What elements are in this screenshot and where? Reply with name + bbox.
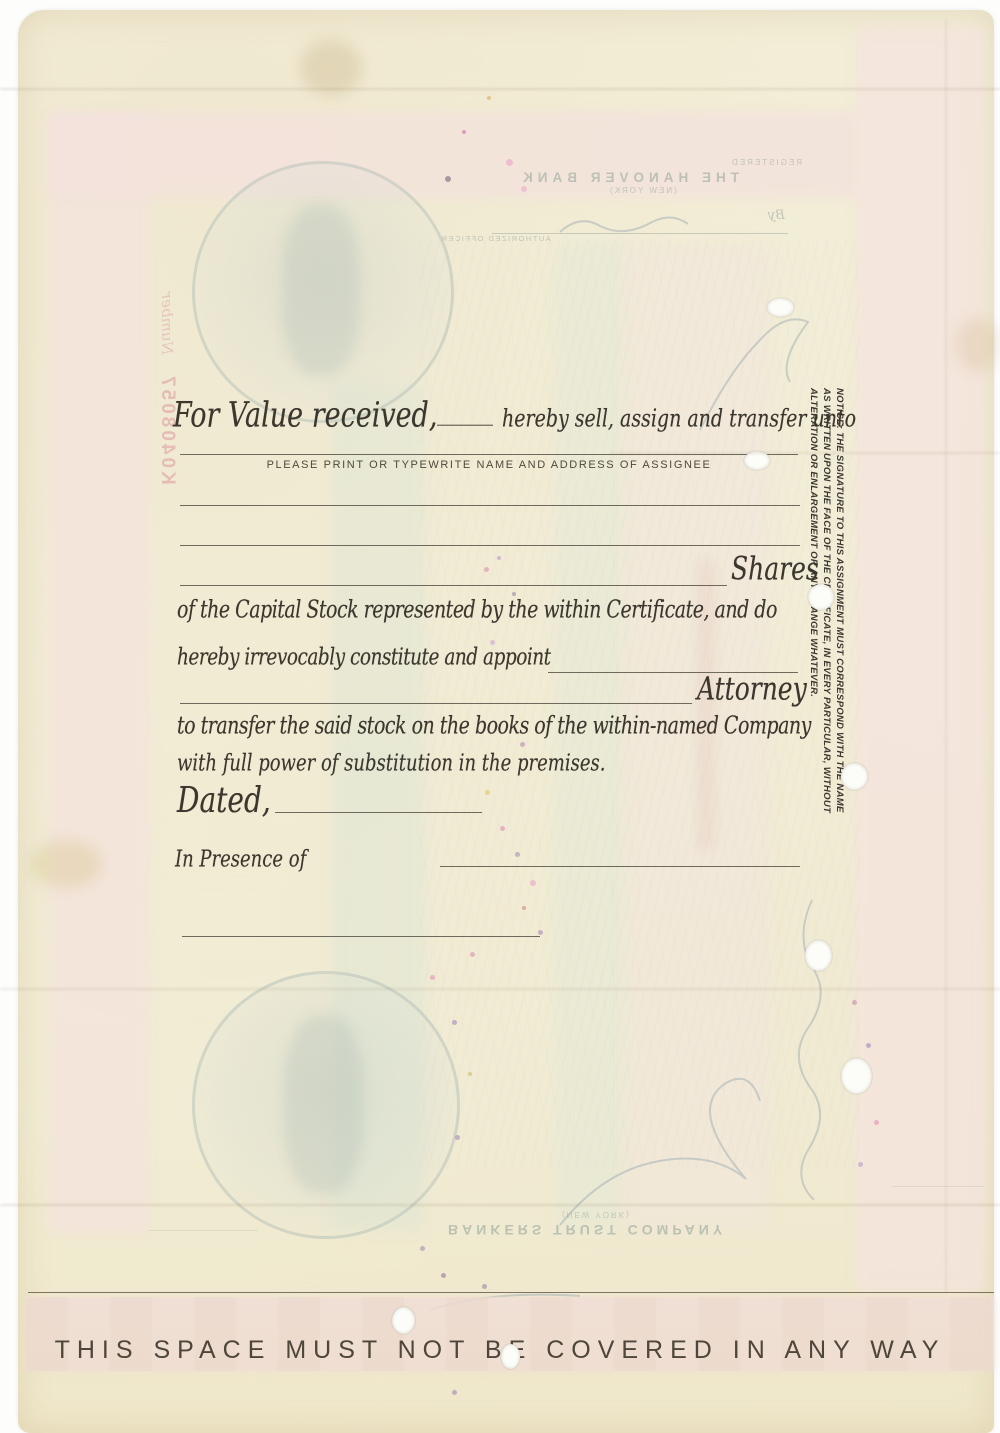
- confetti-speck: [482, 1284, 487, 1289]
- confetti-speck: [452, 1390, 457, 1395]
- authorized-officer-label: AUTHORIZED OFFICER: [440, 234, 551, 243]
- punch-hole: [392, 1307, 415, 1334]
- appoint-line: hereby irrevocably constitute and appoin…: [177, 644, 551, 671]
- punch-hole: [805, 940, 832, 971]
- confetti-speck: [522, 906, 526, 910]
- stain: [956, 318, 1000, 372]
- bottom-smudge-line: [148, 1230, 258, 1231]
- confetti-speck: [866, 1043, 871, 1048]
- opening-lead: For Value received,: [173, 396, 437, 436]
- bottom-bank-location: (NEW YORK): [562, 1210, 631, 1219]
- attorney-label: Attorney: [697, 670, 807, 707]
- confetti-speck: [441, 1273, 446, 1278]
- top-bank-location: (NEW YORK): [608, 186, 677, 195]
- assignee-caption: PLEASE PRINT OR TYPEWRITE NAME AND ADDRE…: [180, 459, 798, 471]
- confetti-speck: [470, 952, 475, 957]
- confetti-speck: [520, 742, 525, 747]
- confetti-speck: [487, 96, 491, 100]
- punch-hole: [841, 1058, 872, 1094]
- assignee-line-1: [180, 454, 798, 455]
- confetti-speck: [455, 1135, 460, 1140]
- notice-line-2: AS WRITTEN UPON THE FACE OF THE CERTIFIC…: [820, 388, 833, 836]
- assignor-blank: [437, 384, 493, 427]
- punch-hole: [841, 763, 868, 790]
- top-bank-name: THE HANOVER BANK: [518, 170, 739, 185]
- confetti-speck: [430, 975, 435, 980]
- confetti-speck: [452, 1020, 457, 1025]
- crease-line: [610, 452, 1000, 454]
- footer-rule: [28, 1292, 994, 1293]
- confetti-speck: [497, 556, 501, 560]
- transfer-line: to transfer the said stock on the books …: [177, 712, 811, 740]
- crease-line: [0, 1204, 1000, 1206]
- registered-stamp: REGISTERED: [730, 158, 802, 167]
- assignee-line-2: [180, 505, 800, 506]
- notice-line-3: ALTERATION OR ENLARGEMENT OR ANY CHANGE …: [807, 388, 820, 836]
- witness-signature-line: [440, 866, 800, 867]
- border-showthrough-right: [856, 26, 986, 1292]
- confetti-speck: [420, 1246, 425, 1251]
- medallion-figure: [284, 1015, 364, 1193]
- by-label: By: [768, 208, 785, 223]
- medallion-figure: [282, 205, 360, 375]
- presence-label: In Presence of: [175, 846, 306, 873]
- confetti-speck: [462, 130, 466, 134]
- dated-line: [275, 812, 482, 813]
- substitution-line: with full power of substitution in the p…: [177, 750, 605, 777]
- punch-hole: [501, 1344, 520, 1369]
- crease-line: [0, 988, 1000, 990]
- footer-warning: THIS SPACE MUST NOT BE COVERED IN ANY WA…: [0, 1336, 1000, 1365]
- crease-line: [945, 20, 947, 1292]
- attorney-line: [180, 703, 692, 704]
- signature-notice: NOTICE: THE SIGNATURE TO THIS ASSIGNMENT…: [806, 388, 846, 836]
- opening-line: For Value received, hereby sell, assign …: [173, 384, 856, 436]
- opening-rest: hereby sell, assign and transfer unto: [502, 405, 856, 433]
- confetti-speck: [515, 852, 520, 857]
- bottom-smudge-line: [892, 1186, 984, 1187]
- confetti-speck: [485, 790, 490, 795]
- confetti-speck: [852, 1000, 857, 1005]
- confetti-speck: [538, 930, 543, 935]
- confetti-speck: [506, 159, 513, 166]
- punch-hole: [767, 298, 794, 317]
- confetti-speck: [521, 186, 527, 192]
- number-label: Number: [158, 292, 176, 355]
- confetti-speck: [490, 640, 495, 645]
- confetti-speck: [484, 567, 489, 572]
- bottom-bank-name: BANKERS TRUST COMPANY: [448, 1222, 726, 1238]
- capital-stock-line: of the Capital Stock represented by the …: [177, 596, 777, 624]
- scanned-certificate-back: REGISTERED THE HANOVER BANK (NEW YORK) B…: [0, 0, 1000, 1433]
- crease-line: [0, 88, 1000, 90]
- assignee-line-3: [180, 545, 800, 546]
- confetti-speck: [874, 1120, 879, 1125]
- border-showthrough-left: [48, 112, 150, 1234]
- confetti-speck: [512, 592, 516, 596]
- punch-hole: [808, 584, 834, 610]
- confetti-speck: [530, 880, 536, 886]
- shares-line: [180, 585, 727, 586]
- border-showthrough-top: [48, 112, 860, 198]
- dated-label: Dated,: [177, 779, 271, 821]
- stain: [30, 840, 102, 888]
- stain: [300, 40, 362, 96]
- confetti-speck: [468, 1072, 472, 1076]
- confetti-speck: [500, 826, 505, 831]
- witness-line-2: [182, 936, 540, 937]
- confetti-speck: [445, 176, 451, 182]
- confetti-speck: [858, 1162, 863, 1167]
